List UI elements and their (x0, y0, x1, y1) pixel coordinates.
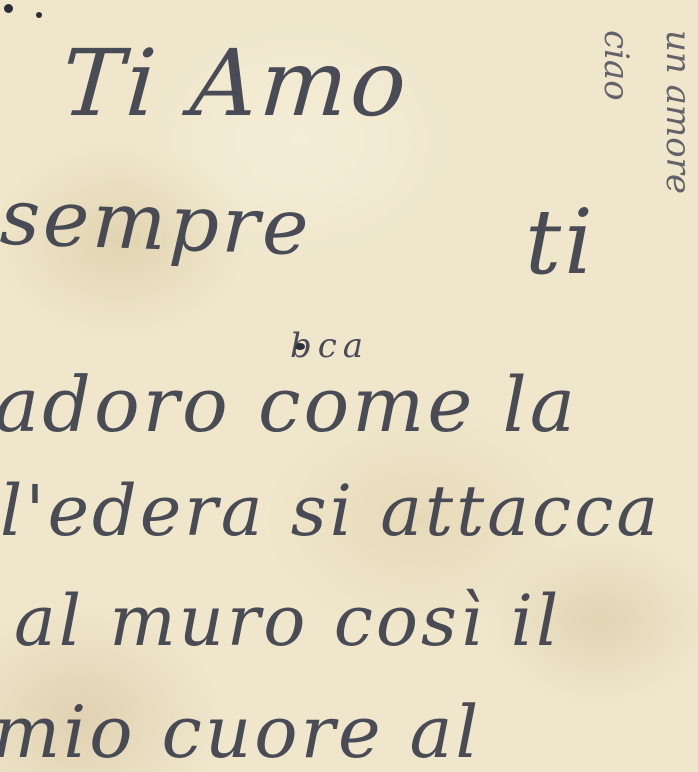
handwritten-line-6: mio cuore al (0, 690, 481, 772)
handwritten-line-1: Ti Amo (58, 30, 413, 137)
handwritten-line-2: sempre (0, 173, 313, 274)
ink-blot (4, 4, 13, 13)
margin-note-1: ciao (596, 30, 636, 101)
handwritten-line-2b: ti (525, 190, 596, 295)
handwritten-line-4: l'edera si attacca (0, 470, 661, 552)
ink-blot (36, 12, 42, 18)
margin-note-2: un amore (658, 30, 698, 194)
letter-page: Ti Amo sempre ti bca adoro come la l'ede… (0, 0, 698, 772)
handwritten-line-5: al muro così il (14, 580, 561, 662)
handwritten-line-3: adoro come la (0, 360, 578, 449)
